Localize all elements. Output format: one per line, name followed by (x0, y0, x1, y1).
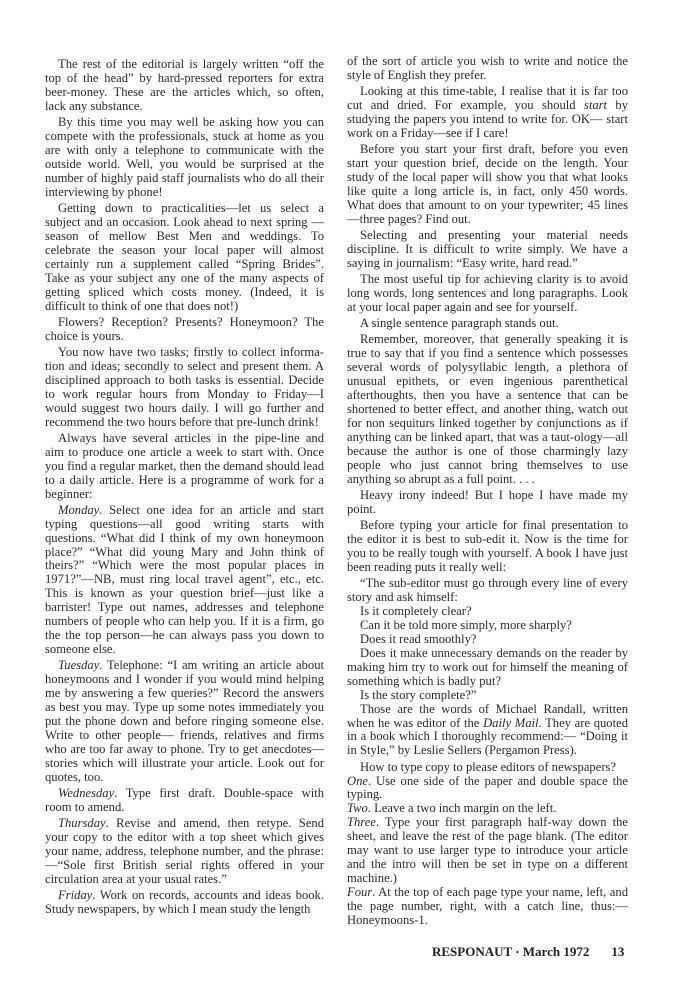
day-label: Wednesday (58, 786, 114, 800)
quote-text: Can it be told more simply, more sharply… (360, 618, 572, 632)
paragraph: You now have two tasks; firstly to colle… (45, 346, 324, 430)
list-item-three: Three. Type your first paragraph half-wa… (347, 816, 628, 886)
list-number-label: One (347, 774, 368, 788)
paragraph: Looking at this time-table, I realise th… (347, 85, 628, 141)
magazine-page: The rest of the editorial is largely wri… (0, 0, 690, 992)
paragraph-text: Remember, moreover, that generally speak… (347, 332, 628, 486)
paragraph: How to type copy to please editors of ne… (347, 761, 628, 775)
paragraph-text: Selecting and presenting your material n… (347, 228, 628, 270)
paragraph: Remember, moreover, that generally speak… (347, 333, 628, 486)
quote-text: “The sub-editor must go through every li… (347, 576, 628, 604)
paragraph-text: . Type your first paragraph half-way dow… (347, 815, 628, 885)
paragraph-text: A single sentence paragraph stands out. (360, 316, 559, 330)
quote-question: Can it be told more simply, more sharply… (347, 619, 628, 633)
list-item-one: One. Use one side of the paper and doubl… (347, 775, 628, 803)
page-footer: RESPONAUT · March 197213 (432, 944, 624, 960)
publication-line: RESPONAUT · March 1972 (432, 944, 589, 959)
paragraph: The most useful tip for achieving clarit… (347, 273, 628, 315)
paragraph-wednesday: Wednesday. Type first draft. Double-spac… (45, 787, 324, 815)
quote-question: Does it read smoothly? (347, 633, 628, 647)
paragraph: Before you start your first draft, befor… (347, 143, 628, 227)
paragraph: Always have several articles in the pipe… (45, 432, 324, 502)
paragraph-text: . Telephone: “I am writing an article ab… (45, 658, 324, 784)
list-number-label: Two (347, 801, 368, 815)
paragraph-text: By this time you may well be asking how … (45, 115, 324, 199)
paragraph: of the sort of article you wish to write… (347, 55, 628, 83)
emphasis-text: start (584, 98, 607, 112)
paragraph: Heavy irony indeed! But I hope I have ma… (347, 489, 628, 517)
page-number: 13 (611, 944, 624, 959)
paragraph-text: How to type copy to please editors of ne… (360, 760, 616, 774)
paragraph-text: of the sort of article you wish to write… (347, 54, 628, 82)
quote-text: Does it make unnecessary demands on the … (347, 646, 628, 688)
quote-question: Is the story complete?” (347, 689, 628, 703)
paragraph-text: . Leave a two inch margin on the left. (368, 801, 557, 815)
paragraph: Getting down to practicalities—let us se… (45, 202, 324, 314)
day-label: Monday (58, 503, 99, 517)
paragraph-text: Getting down to practicalities—let us se… (45, 201, 324, 313)
day-label: Friday (58, 888, 92, 902)
paragraph-text: Before you start your first draft, befor… (347, 142, 628, 226)
paragraph-text: You now have two tasks; firstly to colle… (45, 345, 324, 429)
list-number-label: Three (347, 815, 376, 829)
quote-text: Does it read smoothly? (360, 632, 476, 646)
day-label: Thursday (58, 816, 106, 830)
paragraph-thursday: Thursday. Revise and amend, then retype.… (45, 817, 324, 887)
paragraph: Flowers? Reception? Presents? Honeymoon?… (45, 316, 324, 344)
list-item-two: Two. Leave a two inch margin on the left… (347, 802, 628, 816)
paragraph-text: Flowers? Reception? Presents? Honeymoon?… (45, 315, 324, 343)
list-number-label: Four (347, 885, 372, 899)
quote-question: Does it make unnecessary demands on the … (347, 647, 628, 689)
paragraph-text: . Use one side of the paper and double s… (347, 774, 628, 802)
paragraph-text: Always have several articles in the pipe… (45, 431, 324, 501)
left-column: The rest of the editorial is largely wri… (45, 58, 324, 919)
quote-text: Is the story complete?” (360, 688, 476, 702)
paragraph-monday: Monday. Select one idea for an article a… (45, 504, 324, 657)
quote-question: Is it completely clear? (347, 605, 628, 619)
paragraph-text: . Select one idea for an article and sta… (45, 503, 324, 657)
paragraph: Before typing your article for final pre… (347, 519, 628, 575)
paragraph: By this time you may well be asking how … (45, 116, 324, 200)
paragraph: The rest of the editorial is largely wri… (45, 58, 324, 114)
paragraph-text: Before typing your article for final pre… (347, 518, 628, 574)
paragraph: A single sentence paragraph stands out. (347, 317, 628, 331)
day-label: Tuesday (58, 658, 99, 672)
quote-paragraph: “The sub-editor must go through every li… (347, 577, 628, 605)
quote-text: Is it completely clear? (360, 604, 472, 618)
paragraph-text: . At the top of each page type your name… (347, 885, 628, 927)
paragraph-text: The rest of the editorial is largely wri… (45, 57, 324, 113)
paragraph: Those are the words of Michael Randall, … (347, 703, 628, 759)
paragraph-friday: Friday. Work on records, accounts and id… (45, 889, 324, 917)
paragraph: Selecting and presenting your material n… (347, 229, 628, 271)
paragraph-text: The most useful tip for achieving clarit… (347, 272, 628, 314)
right-column: of the sort of article you wish to write… (347, 55, 628, 928)
paragraph-tuesday: Tuesday. Telephone: “I am writing an art… (45, 659, 324, 785)
newspaper-title: Daily Mail (483, 716, 538, 730)
list-item-four: Four. At the top of each page type your … (347, 886, 628, 928)
paragraph-text: Heavy irony indeed! But I hope I have ma… (347, 488, 628, 516)
